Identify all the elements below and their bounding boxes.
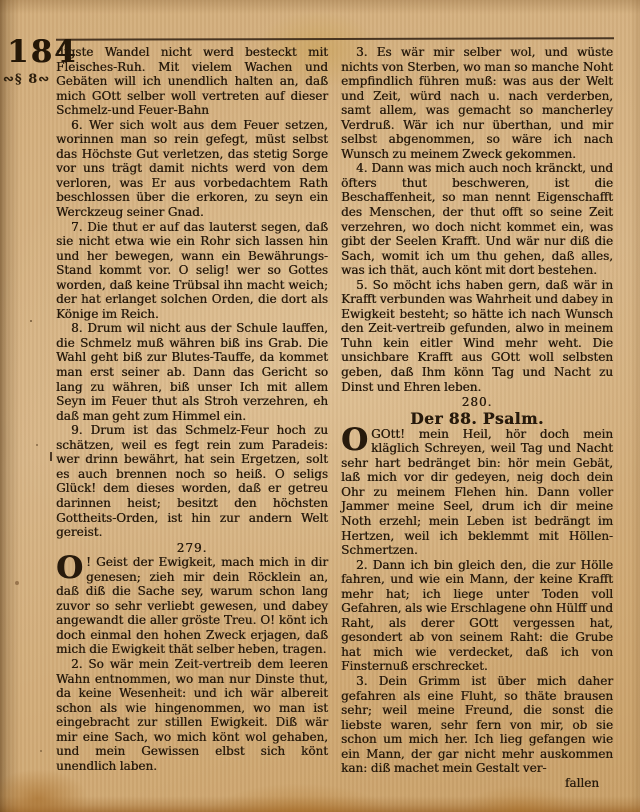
text-column-left: digste Wandel nicht werd besteckt mit Fl…: [56, 45, 328, 804]
continuation-paragraph: digste Wandel nicht werd besteckt mit Fl…: [56, 45, 328, 118]
paragraph-verse-9: 9. Drum ist das Schmelz-Feur hoch zu sch…: [56, 423, 328, 539]
text-columns: digste Wandel nicht werd besteckt mit Fl…: [56, 45, 614, 804]
psalm-first-text: GOtt! mein Heil, hör doch mein kläglich …: [341, 427, 613, 557]
paragraph-verse-8: 8. Drum wil nicht aus der Schule lauffen…: [56, 321, 328, 423]
scanned-book-page: 184 ∾§ 8∾ digste Wandel nicht werd beste…: [0, 0, 640, 812]
psalm-first-paragraph: OGOtt! mein Heil, hör doch mein kläglich…: [341, 427, 613, 558]
hymn-number-279: 279.: [56, 541, 328, 556]
psalm-verse-3: 3. Dein Grimm ist über mich daher gefahr…: [341, 674, 613, 776]
paragraph-verse-5: 5. So möcht ichs haben gern, daß wär in …: [341, 278, 613, 394]
paper-specks: [30, 320, 32, 322]
signature-mark: ∾§ 8∾: [3, 72, 50, 87]
hymn-279-verse-2: 2. So wär mein Zeit-vertreib dem leeren …: [56, 657, 328, 773]
hymn-number-280: 280.: [341, 395, 613, 410]
hymn-279-first-text: ! Geist der Ewigkeit, mach mich in dir g…: [56, 555, 328, 656]
psalm-title: Der 88. Psalm.: [341, 410, 613, 427]
catchword: fallen: [341, 776, 613, 791]
paragraph-verse-4: 4. Dann was mich auch noch kränckt, und …: [341, 161, 613, 277]
psalm-verse-2: 2. Dann ich bin gleich den, die zur Höll…: [341, 558, 613, 674]
drop-cap-initial: O: [56, 555, 86, 581]
margin-tick-mark: [50, 452, 52, 461]
drop-cap-initial: O: [341, 427, 371, 453]
paragraph-verse-7: 7. Die thut er auf das lauterst segen, d…: [56, 220, 328, 322]
header-rule: [56, 37, 614, 43]
paragraph-verse-3: 3. Es wär mir selber wol, und wüste nich…: [341, 45, 613, 161]
text-column-right: 3. Es wär mir selber wol, und wüste nich…: [341, 45, 613, 804]
hymn-279-first-paragraph: O! Geist der Ewigkeit, mach mich in dir …: [56, 555, 328, 657]
paragraph-verse-6: 6. Wer sich wolt aus dem Feuer setzen, w…: [56, 118, 328, 220]
